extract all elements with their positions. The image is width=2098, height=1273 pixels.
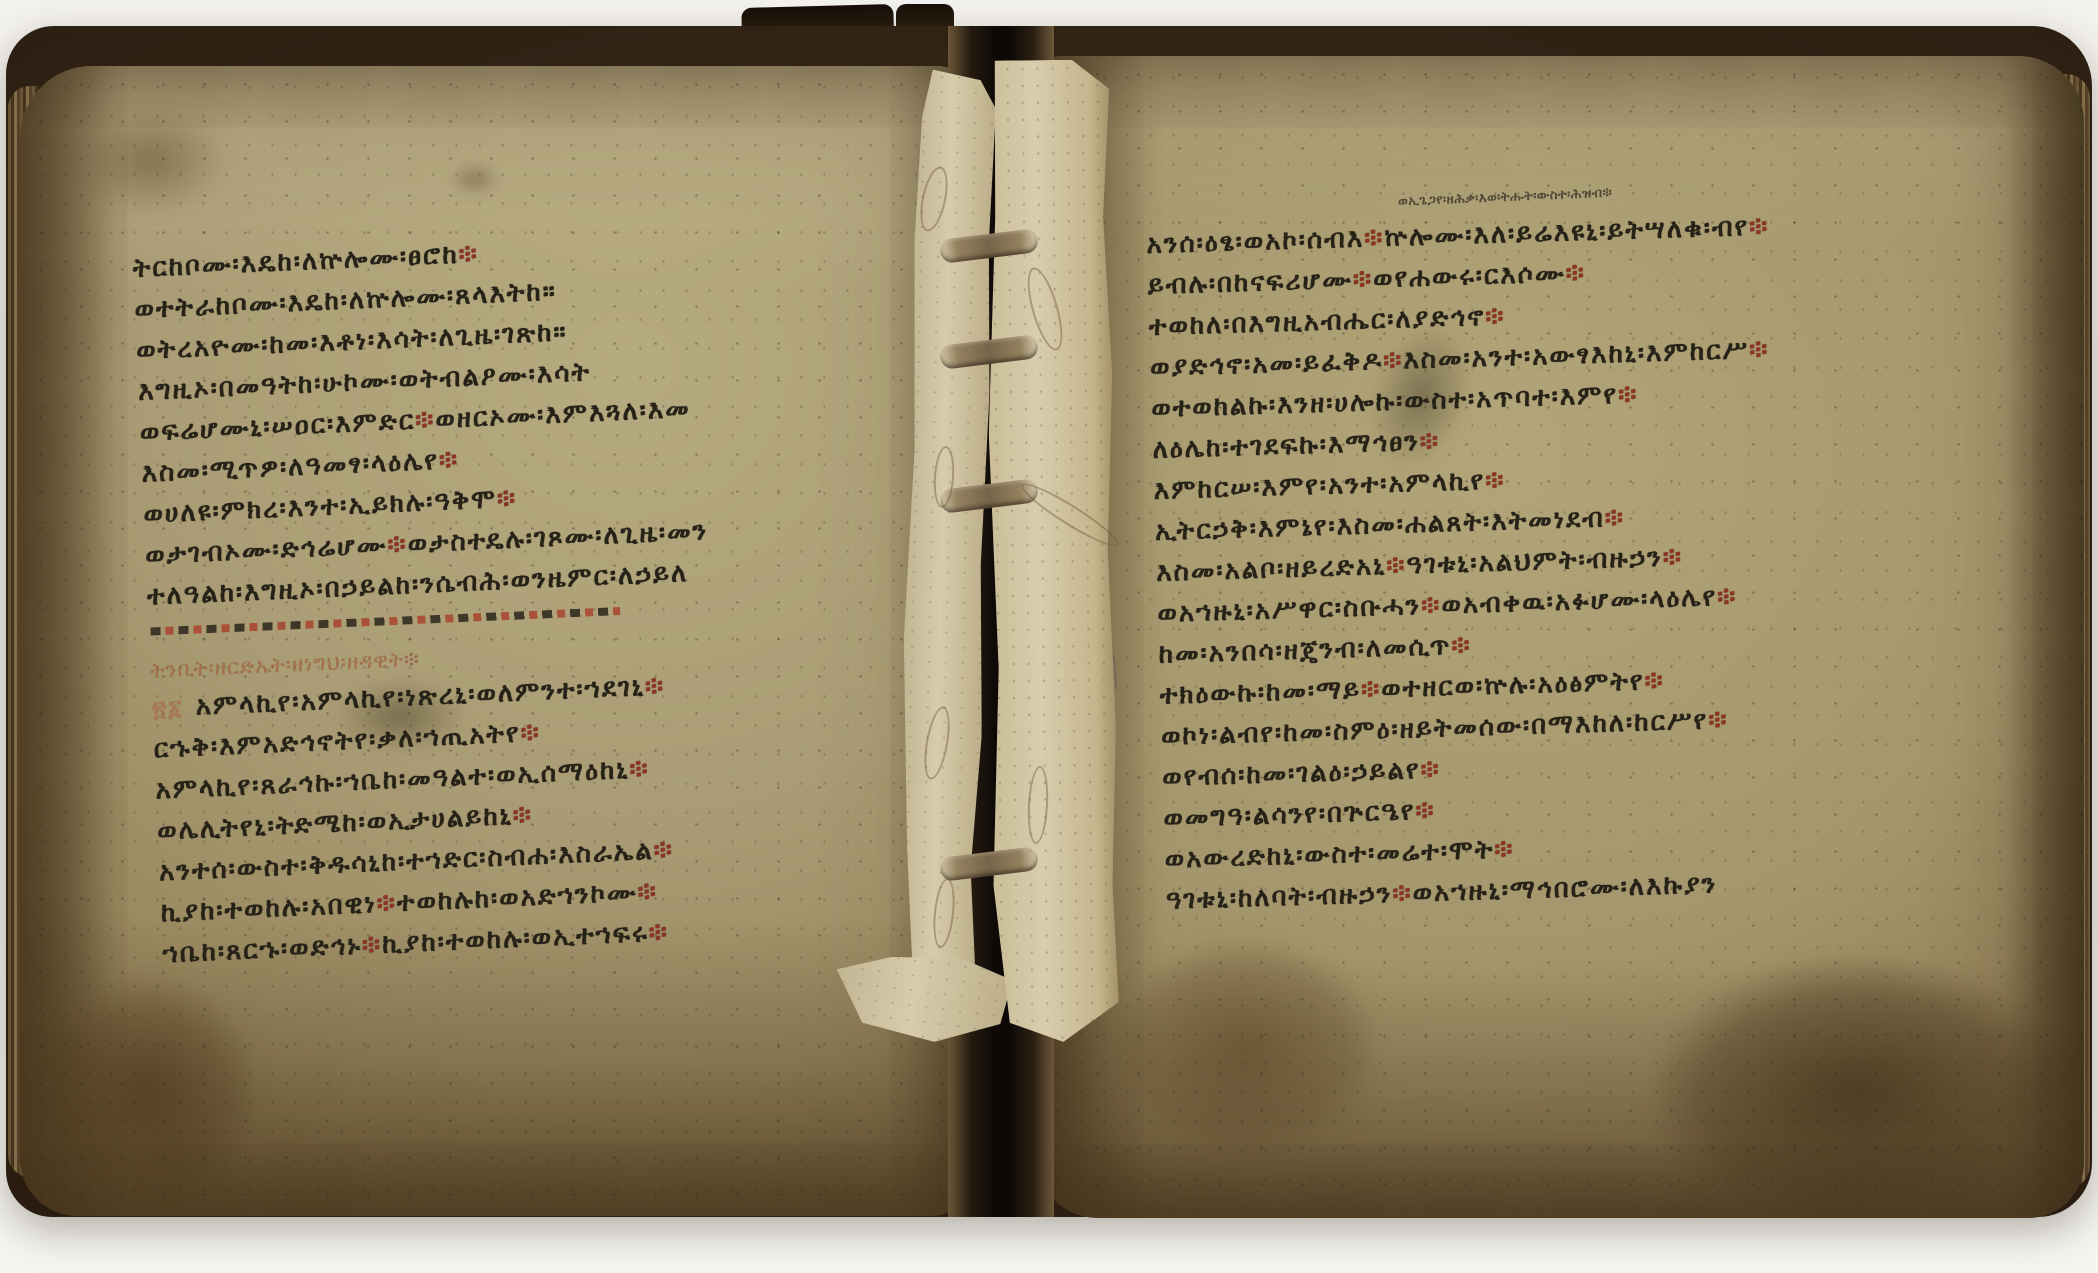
guard-strip-right (985, 59, 1119, 1042)
smudge-upper (440, 156, 510, 202)
stain-right-edge (2004, 56, 2084, 1218)
manuscript-book: ወኢጌጋየ፡ዘሕቃ፡እወ፡ትሑት፡ውስተ፡ሕዝብ፨ ትርከቦሙ፡እዴከ፡ለኵሎሙ… (6, 26, 2092, 1217)
left-text-block: ትርከቦሙ፡እዴከ፡ለኵሎሙ፡ፀሮከ፨ወተትራከቦሙ፡እዴከ፡ለኵሎሙ፡ጸላእት… (132, 227, 727, 978)
psalm-number: ፳፩ (151, 696, 184, 722)
stain-bottom-left (1076, 908, 1416, 1188)
stain-bottom-band (1036, 958, 2084, 1218)
right-text-block: አንሰ፡ዕፄ፡ወአኮ፡ሰብእ፨ኵሎሙ፡እለ፡ይሬእዩኒ፡ይትሣለቁ፡ብየ፨ይብሉ… (1146, 210, 1790, 925)
stain-top-left (40, 86, 260, 236)
stain-left-edge (20, 66, 115, 1216)
